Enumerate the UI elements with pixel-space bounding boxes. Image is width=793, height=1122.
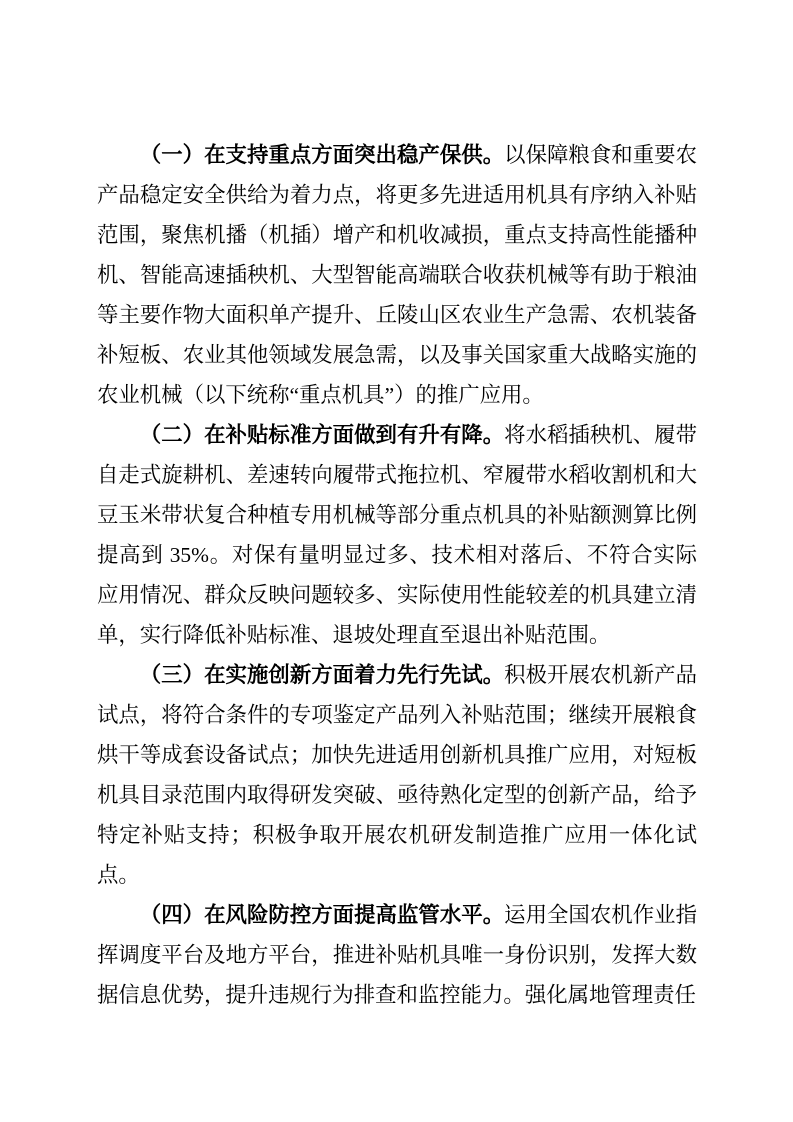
- paragraph-3-body: 积极开展农机新产品试点，将符合条件的专项鉴定产品列入补贴范围；继续开展粮食烘干等…: [97, 663, 697, 887]
- paragraph-3: （三）在实施创新方面着力先行先试。积极开展农机新产品试点，将符合条件的专项鉴定产…: [97, 655, 697, 895]
- paragraph-3-heading: （三）在实施创新方面着力先行先试。: [140, 663, 504, 687]
- paragraph-4-heading: （四）在风险防控方面提高监管水平。: [140, 903, 504, 927]
- paragraph-2-heading: （二）在补贴标准方面做到有升有降。: [140, 423, 504, 447]
- paragraph-1-heading: （一）在支持重点方面突出稳产保供。: [140, 143, 504, 167]
- document-page: （一）在支持重点方面突出稳产保供。以保障粮食和重要农产品稳定安全供给为着力点，将…: [97, 135, 697, 1015]
- paragraph-2: （二）在补贴标准方面做到有升有降。将水稻插秧机、履带自走式旋耕机、差速转向履带式…: [97, 415, 697, 655]
- paragraph-4: （四）在风险防控方面提高监管水平。运用全国农机作业指挥调度平台及地方平台，推进补…: [97, 895, 697, 1015]
- paragraph-1-body: 以保障粮食和重要农产品稳定安全供给为着力点，将更多先进适用机具有序纳入补贴范围，…: [97, 143, 697, 407]
- paragraph-2-body: 将水稻插秧机、履带自走式旋耕机、差速转向履带式拖拉机、窄履带水稻收割机和大豆玉米…: [97, 423, 697, 647]
- paragraph-1: （一）在支持重点方面突出稳产保供。以保障粮食和重要农产品稳定安全供给为着力点，将…: [97, 135, 697, 415]
